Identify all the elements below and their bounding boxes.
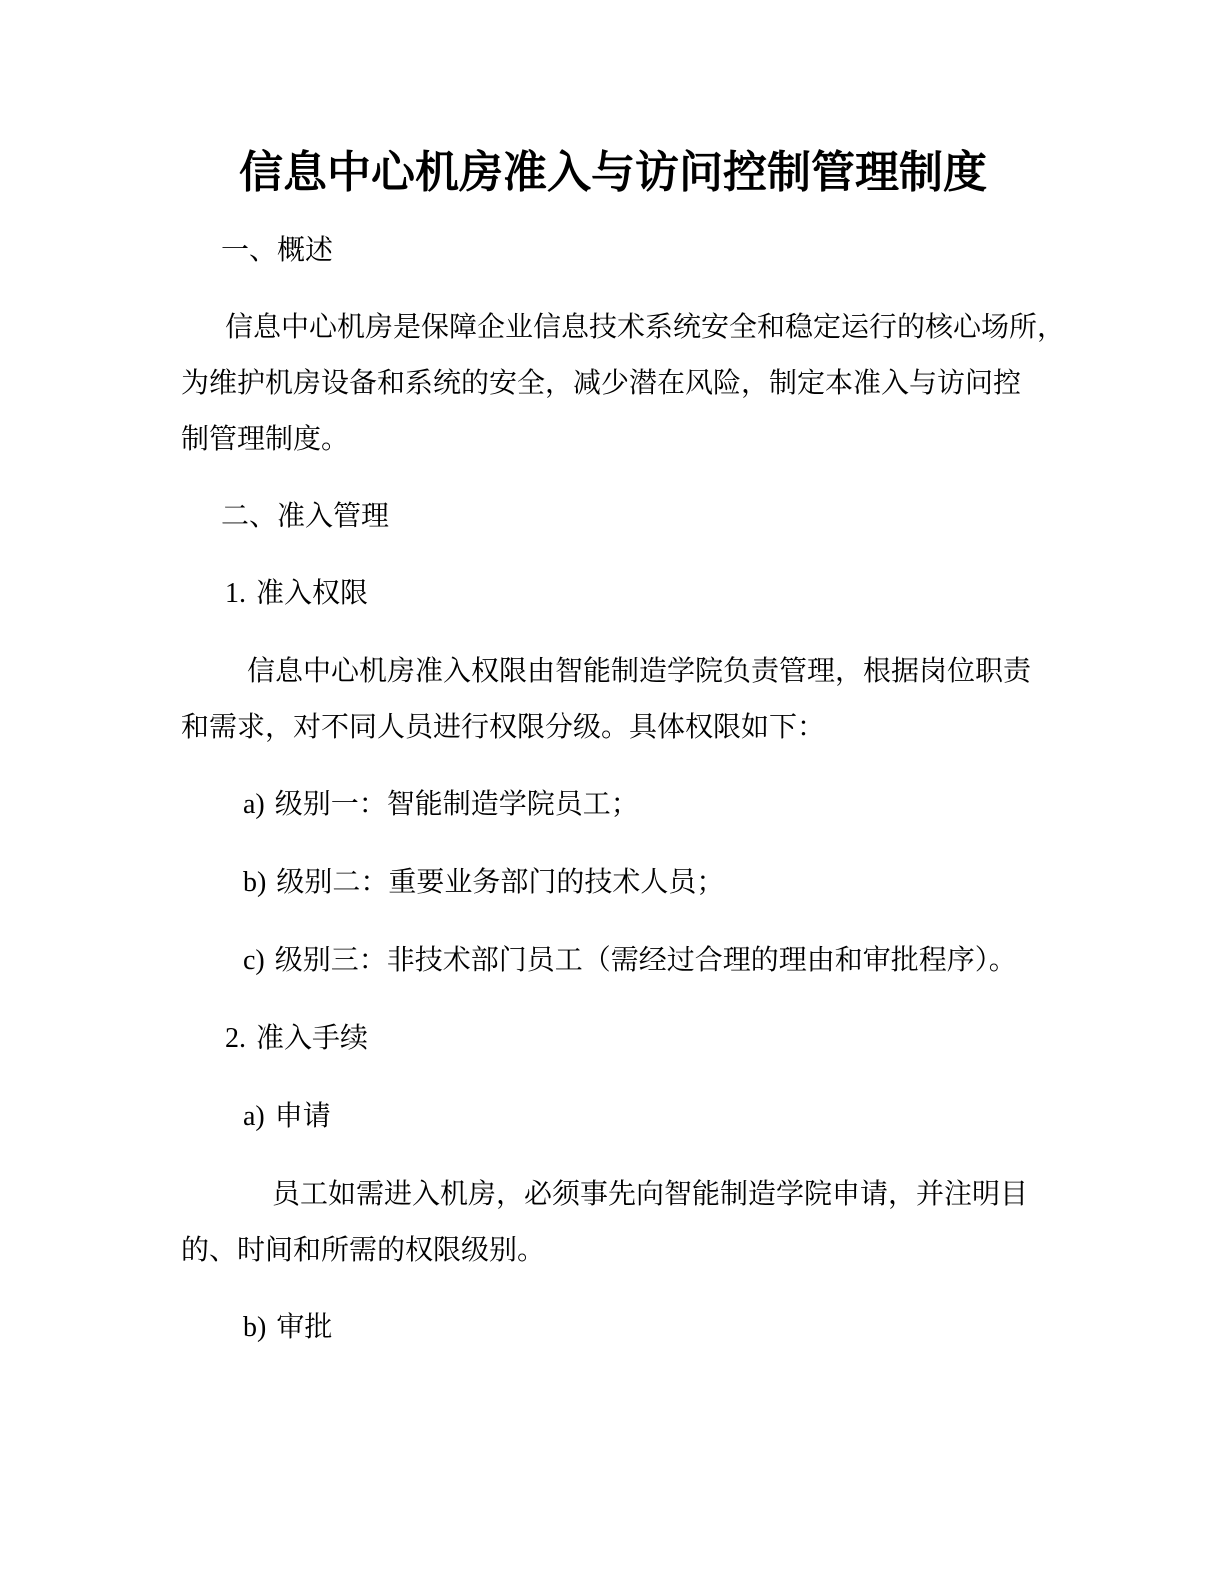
heading-letter: b) <box>243 1312 266 1343</box>
heading-letter: a) <box>243 1101 265 1132</box>
document-title: 信息中心机房准入与访问控制管理制度 <box>181 145 1045 201</box>
heading-apply: a)申请 <box>243 1088 1045 1145</box>
list-item-text: 级别二：重要业务部门的技术人员； <box>276 866 724 897</box>
heading-text: 准入手续 <box>256 1022 368 1053</box>
document-content: 信息中心机房准入与访问控制管理制度 一、概述 信息中心机房是保障企业信息技术系统… <box>181 145 1045 1356</box>
heading-number: 1. <box>225 578 246 609</box>
heading-text: 审批 <box>276 1311 332 1342</box>
list-item-marker: b) <box>243 867 266 898</box>
text-line: 员工如需进入机房，必须事先向智能制造学院申请，并注明目 <box>181 1166 1045 1222</box>
heading-overview: 一、概述 <box>221 222 1045 278</box>
text-line: 的、时间和所需的权限级别。 <box>181 1222 1045 1278</box>
heading-access-rights: 1.准入权限 <box>225 565 1045 622</box>
list-item-text: 级别三：非技术部门员工（需经过合理的理由和审批程序）。 <box>275 944 1017 975</box>
paragraph-access-rights: 信息中心机房准入权限由智能制造学院负责管理，根据岗位职责 和需求，对不同人员进行… <box>181 643 1045 755</box>
text-line: 信息中心机房是保障企业信息技术系统安全和稳定运行的核心场所， <box>181 299 1045 355</box>
list-item-level-3: c)级别三：非技术部门员工（需经过合理的理由和审批程序）。 <box>243 932 1045 989</box>
heading-access-procedure: 2.准入手续 <box>225 1010 1045 1067</box>
paragraph-overview: 信息中心机房是保障企业信息技术系统安全和稳定运行的核心场所， 为维护机房设备和系… <box>181 299 1045 467</box>
heading-access-management: 二、准入管理 <box>221 488 1045 544</box>
heading-approve: b)审批 <box>243 1299 1045 1356</box>
text-line: 信息中心机房准入权限由智能制造学院负责管理，根据岗位职责 <box>181 643 1045 699</box>
text-line: 为维护机房设备和系统的安全，减少潜在风险，制定本准入与访问控 <box>181 355 1045 411</box>
paragraph-apply: 员工如需进入机房，必须事先向智能制造学院申请，并注明目 的、时间和所需的权限级别… <box>181 1166 1045 1278</box>
heading-text: 准入权限 <box>256 577 368 608</box>
list-item-level-1: a)级别一：智能制造学院员工； <box>243 776 1045 833</box>
document-page: 信息中心机房准入与访问控制管理制度 一、概述 信息中心机房是保障企业信息技术系统… <box>0 0 1224 1584</box>
list-item-level-2: b)级别二：重要业务部门的技术人员； <box>243 854 1045 911</box>
list-item-marker: c) <box>243 945 265 976</box>
text-line: 制管理制度。 <box>181 411 1045 467</box>
list-item-marker: a) <box>243 789 265 820</box>
list-item-text: 级别一：智能制造学院员工； <box>275 788 639 819</box>
heading-number: 2. <box>225 1023 246 1054</box>
heading-text: 申请 <box>275 1100 331 1131</box>
text-line: 和需求，对不同人员进行权限分级。具体权限如下： <box>181 699 1045 755</box>
